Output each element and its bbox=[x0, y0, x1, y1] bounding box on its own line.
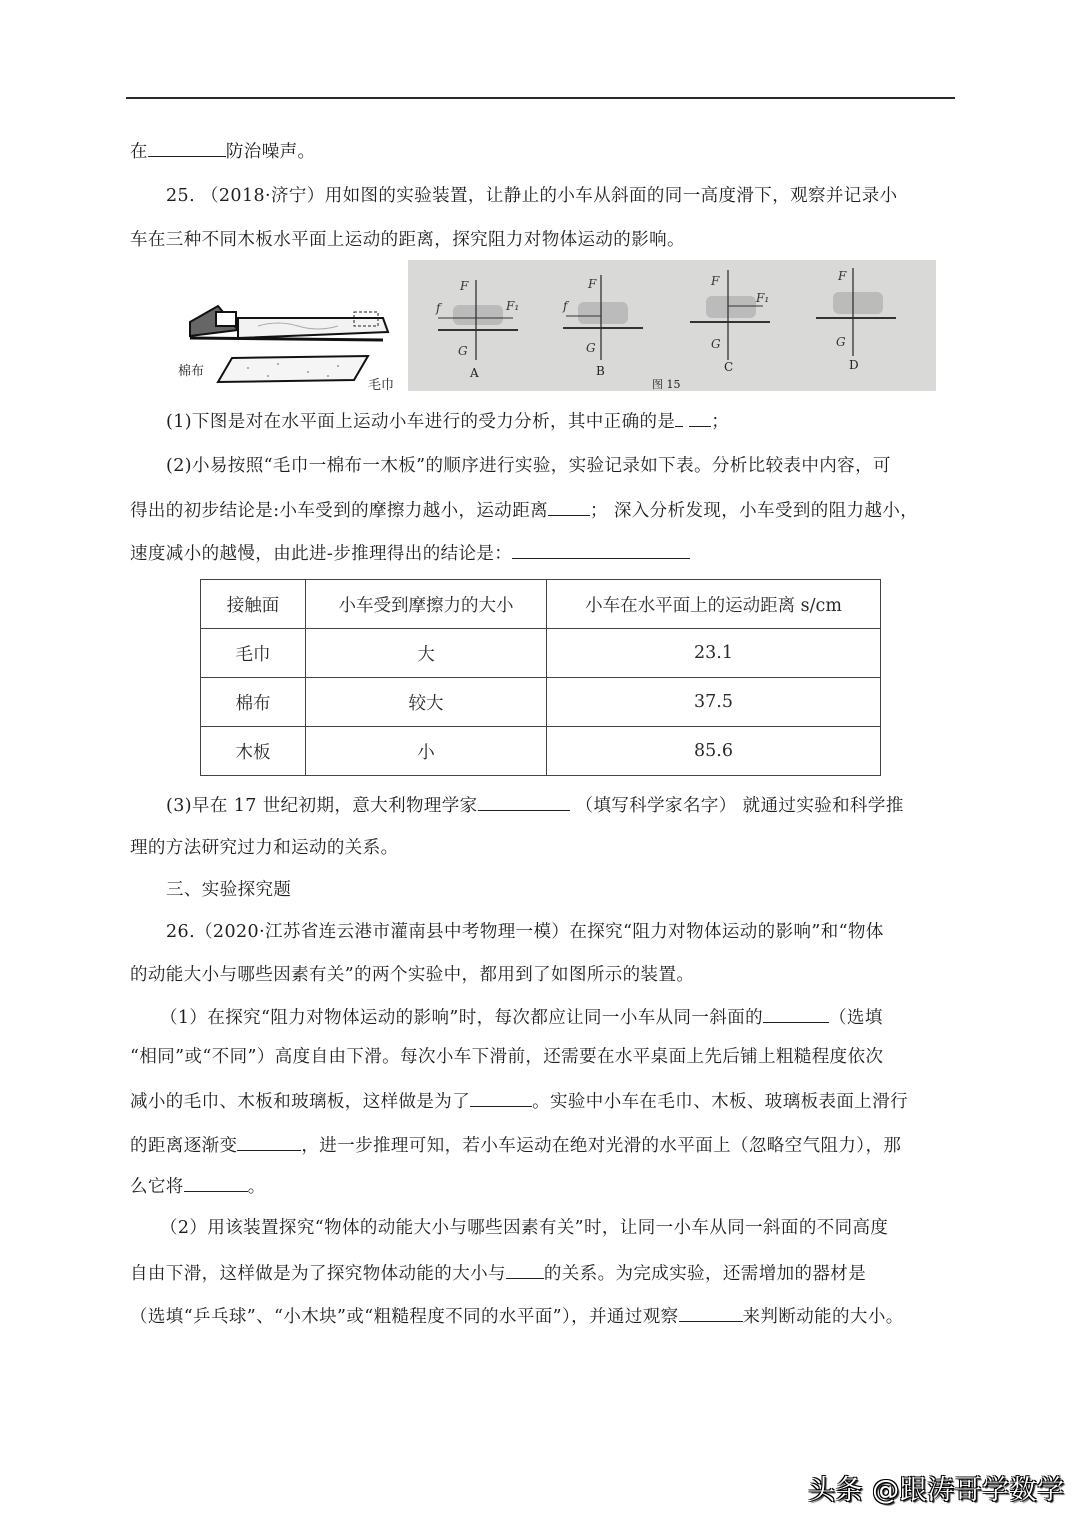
option-c-diagram: FGF₁ bbox=[690, 270, 770, 360]
watermark: 头条 @跟涛哥学数学 bbox=[808, 1468, 1065, 1507]
answer-blank[interactable] bbox=[548, 497, 590, 516]
text: (1)下图是对在水平面上运动小车进行的受力分析，其中正确的是 bbox=[166, 412, 675, 432]
text: （选填 bbox=[829, 1008, 883, 1028]
svg-text:F: F bbox=[837, 269, 847, 283]
text: 得出的初步结论是:小车受到的摩擦力越小，运动距离 bbox=[130, 501, 548, 521]
answer-blank[interactable] bbox=[478, 792, 570, 811]
table-cell: 大 bbox=[306, 629, 547, 678]
text: 的关系。为完成实验，还需增加的器材是 bbox=[544, 1264, 866, 1284]
answer-blank[interactable] bbox=[763, 1004, 829, 1023]
text: 么它将 bbox=[130, 1177, 184, 1197]
answer-blank[interactable] bbox=[675, 408, 683, 427]
table-cell: 37.5 bbox=[547, 678, 881, 727]
text: 。 bbox=[248, 1177, 266, 1197]
answer-blank[interactable] bbox=[184, 1173, 248, 1192]
q25-part2-line3: 速度减小的越慢，由此进-步推理得出的结论是： bbox=[130, 540, 690, 566]
table-cell: 23.1 bbox=[547, 629, 881, 678]
q26-stem-line1: 26.（2020·江苏省连云港市灌南县中考物理一模）在探究“阻力对物体运动的影响… bbox=[166, 920, 884, 944]
table-header: 接触面 bbox=[201, 580, 306, 629]
q26-stem-line2: 的动能大小与哪些因素有关”的两个实验中，都用到了如图所示的装置。 bbox=[130, 963, 694, 987]
answer-blank[interactable] bbox=[148, 138, 226, 157]
svg-text:F: F bbox=[459, 279, 469, 293]
table-row: 棉布 较大 37.5 bbox=[201, 678, 881, 727]
table-cell: 木板 bbox=[201, 727, 306, 776]
svg-text:F: F bbox=[710, 274, 720, 288]
table-cell: 85.6 bbox=[547, 727, 881, 776]
q26-part1-line2: “相同”或“不同”）高度自由下滑。每次小车下滑前，还需要在水平桌面上先后铺上粗糙… bbox=[130, 1045, 883, 1069]
q26-part2-line1: （2）用该装置探究“物体的动能大小与哪些因素有关”时，让同一小车从同一斜面的不同… bbox=[160, 1216, 888, 1240]
q26-part2-line3: （选填“乒乓球”、“小木块”或“粗糙程度不同的水平面”），并通过观察来判断动能的… bbox=[130, 1303, 904, 1329]
q25-part3-line2: 理的方法研究过力和运动的关系。 bbox=[130, 836, 399, 860]
q25-part2-line2: 得出的初步结论是:小车受到的摩擦力越小，运动距离； 深入分析发现，小车受到的阻力… bbox=[130, 497, 918, 523]
answer-blank[interactable] bbox=[506, 1260, 544, 1279]
text: ； bbox=[711, 412, 729, 432]
q26-part1-line1: （1）在探究“阻力对物体运动的影响”时，每次都应让同一小车从同一斜面的（选填 bbox=[160, 1004, 883, 1030]
table-cell: 小 bbox=[306, 727, 547, 776]
answer-blank[interactable] bbox=[237, 1132, 301, 1151]
svg-text:G: G bbox=[711, 337, 721, 351]
option-b-label: B bbox=[596, 364, 605, 378]
text: 自由下滑，这样做是为了探究物体动能的大小与 bbox=[130, 1264, 506, 1284]
answer-blank[interactable] bbox=[470, 1088, 532, 1107]
q25-part1: (1)下图是对在水平面上运动小车进行的受力分析，其中正确的是 ； bbox=[166, 408, 729, 434]
text: ； 深入分析发现，小车受到的阻力越小， bbox=[590, 501, 918, 521]
text: 减小的毛巾、木板和玻璃板，这样做是为了 bbox=[130, 1092, 470, 1112]
q25-stem-line2: 车在三种不同木板水平面上运动的距离，探究阻力对物体运动的影响。 bbox=[130, 228, 685, 252]
answer-blank[interactable] bbox=[679, 1303, 743, 1322]
q26-part2-line2: 自由下滑，这样做是为了探究物体动能的大小与的关系。为完成实验，还需增加的器材是 bbox=[130, 1260, 866, 1286]
answer-blank[interactable] bbox=[512, 540, 690, 559]
prev-question-tail: 在防治噪声。 bbox=[130, 138, 315, 164]
friction-table: 接触面 小车受到摩擦力的大小 小车在水平面上的运动距离 s/cm 毛巾 大 23… bbox=[200, 579, 881, 776]
option-a-diagram: FGfF₁ bbox=[435, 279, 519, 360]
svg-text:G: G bbox=[586, 341, 596, 355]
q26-part1-line3: 减小的毛巾、木板和玻璃板，这样做是为了。实验中小车在毛巾、木板、玻璃板表面上滑行 bbox=[130, 1088, 908, 1114]
apparatus-figure: 棉布 毛巾 bbox=[178, 280, 404, 390]
q26-part1-line4: 的距离逐渐变，进一步推理可知，若小车运动在绝对光滑的水平面上（忽略空气阻力），那 bbox=[130, 1132, 901, 1158]
q25-part2-line1: (2)小易按照“毛巾一棉布一木板”的顺序进行实验，实验记录如下表。分析比较表中内… bbox=[166, 454, 891, 478]
svg-text:G: G bbox=[458, 344, 468, 358]
text: 。实验中小车在毛巾、木板、玻璃板表面上滑行 bbox=[532, 1092, 908, 1112]
svg-text:f: f bbox=[562, 299, 570, 313]
text: 防治噪声。 bbox=[226, 142, 316, 162]
answer-blank[interactable] bbox=[689, 408, 711, 427]
section-title: 三、实验探究题 bbox=[166, 878, 291, 902]
text: （填写科学家名字） 就通过实验和科学推 bbox=[570, 796, 904, 816]
option-a-label: A bbox=[470, 366, 479, 380]
table-cell: 较大 bbox=[306, 678, 547, 727]
svg-text:F₁: F₁ bbox=[505, 299, 519, 313]
table-row: 毛巾 大 23.1 bbox=[201, 629, 881, 678]
force-diagram-figure: FGfF₁ FGf FGF₁ FG A B C D 图 15 bbox=[408, 260, 936, 391]
figure-caption: 图 15 bbox=[652, 376, 681, 392]
text: 在 bbox=[130, 142, 148, 162]
table-header-row: 接触面 小车受到摩擦力的大小 小车在水平面上的运动距离 s/cm bbox=[201, 580, 881, 629]
label-cotton: 棉布 bbox=[178, 360, 204, 379]
text: ，进一步推理可知，若小车运动在绝对光滑的水平面上（忽略空气阻力），那 bbox=[301, 1136, 901, 1156]
q26-part1-line5: 么它将。 bbox=[130, 1173, 266, 1199]
svg-text:F: F bbox=[587, 277, 597, 291]
option-c-label: C bbox=[724, 360, 733, 374]
text: （1）在探究“阻力对物体运动的影响”时，每次都应让同一小车从同一斜面的 bbox=[160, 1008, 763, 1028]
option-d-diagram: FG bbox=[816, 268, 896, 356]
table-row: 木板 小 85.6 bbox=[201, 727, 881, 776]
q25-stem-line1: 25. （2018·济宁）用如图的实验装置，让静止的小车从斜面的同一高度滑下，观… bbox=[166, 184, 898, 208]
text: 速度减小的越慢，由此进-步推理得出的结论是： bbox=[130, 544, 512, 564]
svg-text:F₁: F₁ bbox=[755, 291, 769, 305]
label-towel: 毛巾 bbox=[368, 374, 394, 393]
table-header: 小车受到摩擦力的大小 bbox=[306, 580, 547, 629]
text: 的距离逐渐变 bbox=[130, 1136, 237, 1156]
header-rule bbox=[126, 97, 955, 99]
text: （选填“乒乓球”、“小木块”或“粗糙程度不同的水平面”），并通过观察 bbox=[130, 1307, 679, 1327]
q25-part3-line1: (3)早在 17 世纪初期，意大利物理学家 （填写科学家名字） 就通过实验和科学… bbox=[166, 792, 904, 818]
text: (3)早在 17 世纪初期，意大利物理学家 bbox=[166, 796, 478, 816]
option-d-label: D bbox=[849, 358, 859, 372]
text: 来判断动能的大小。 bbox=[743, 1307, 904, 1327]
table-cell: 棉布 bbox=[201, 678, 306, 727]
table-cell: 毛巾 bbox=[201, 629, 306, 678]
svg-text:f: f bbox=[435, 301, 443, 315]
option-b-diagram: FGf bbox=[562, 275, 643, 360]
svg-text:G: G bbox=[836, 335, 846, 349]
table-header: 小车在水平面上的运动距离 s/cm bbox=[547, 580, 881, 629]
